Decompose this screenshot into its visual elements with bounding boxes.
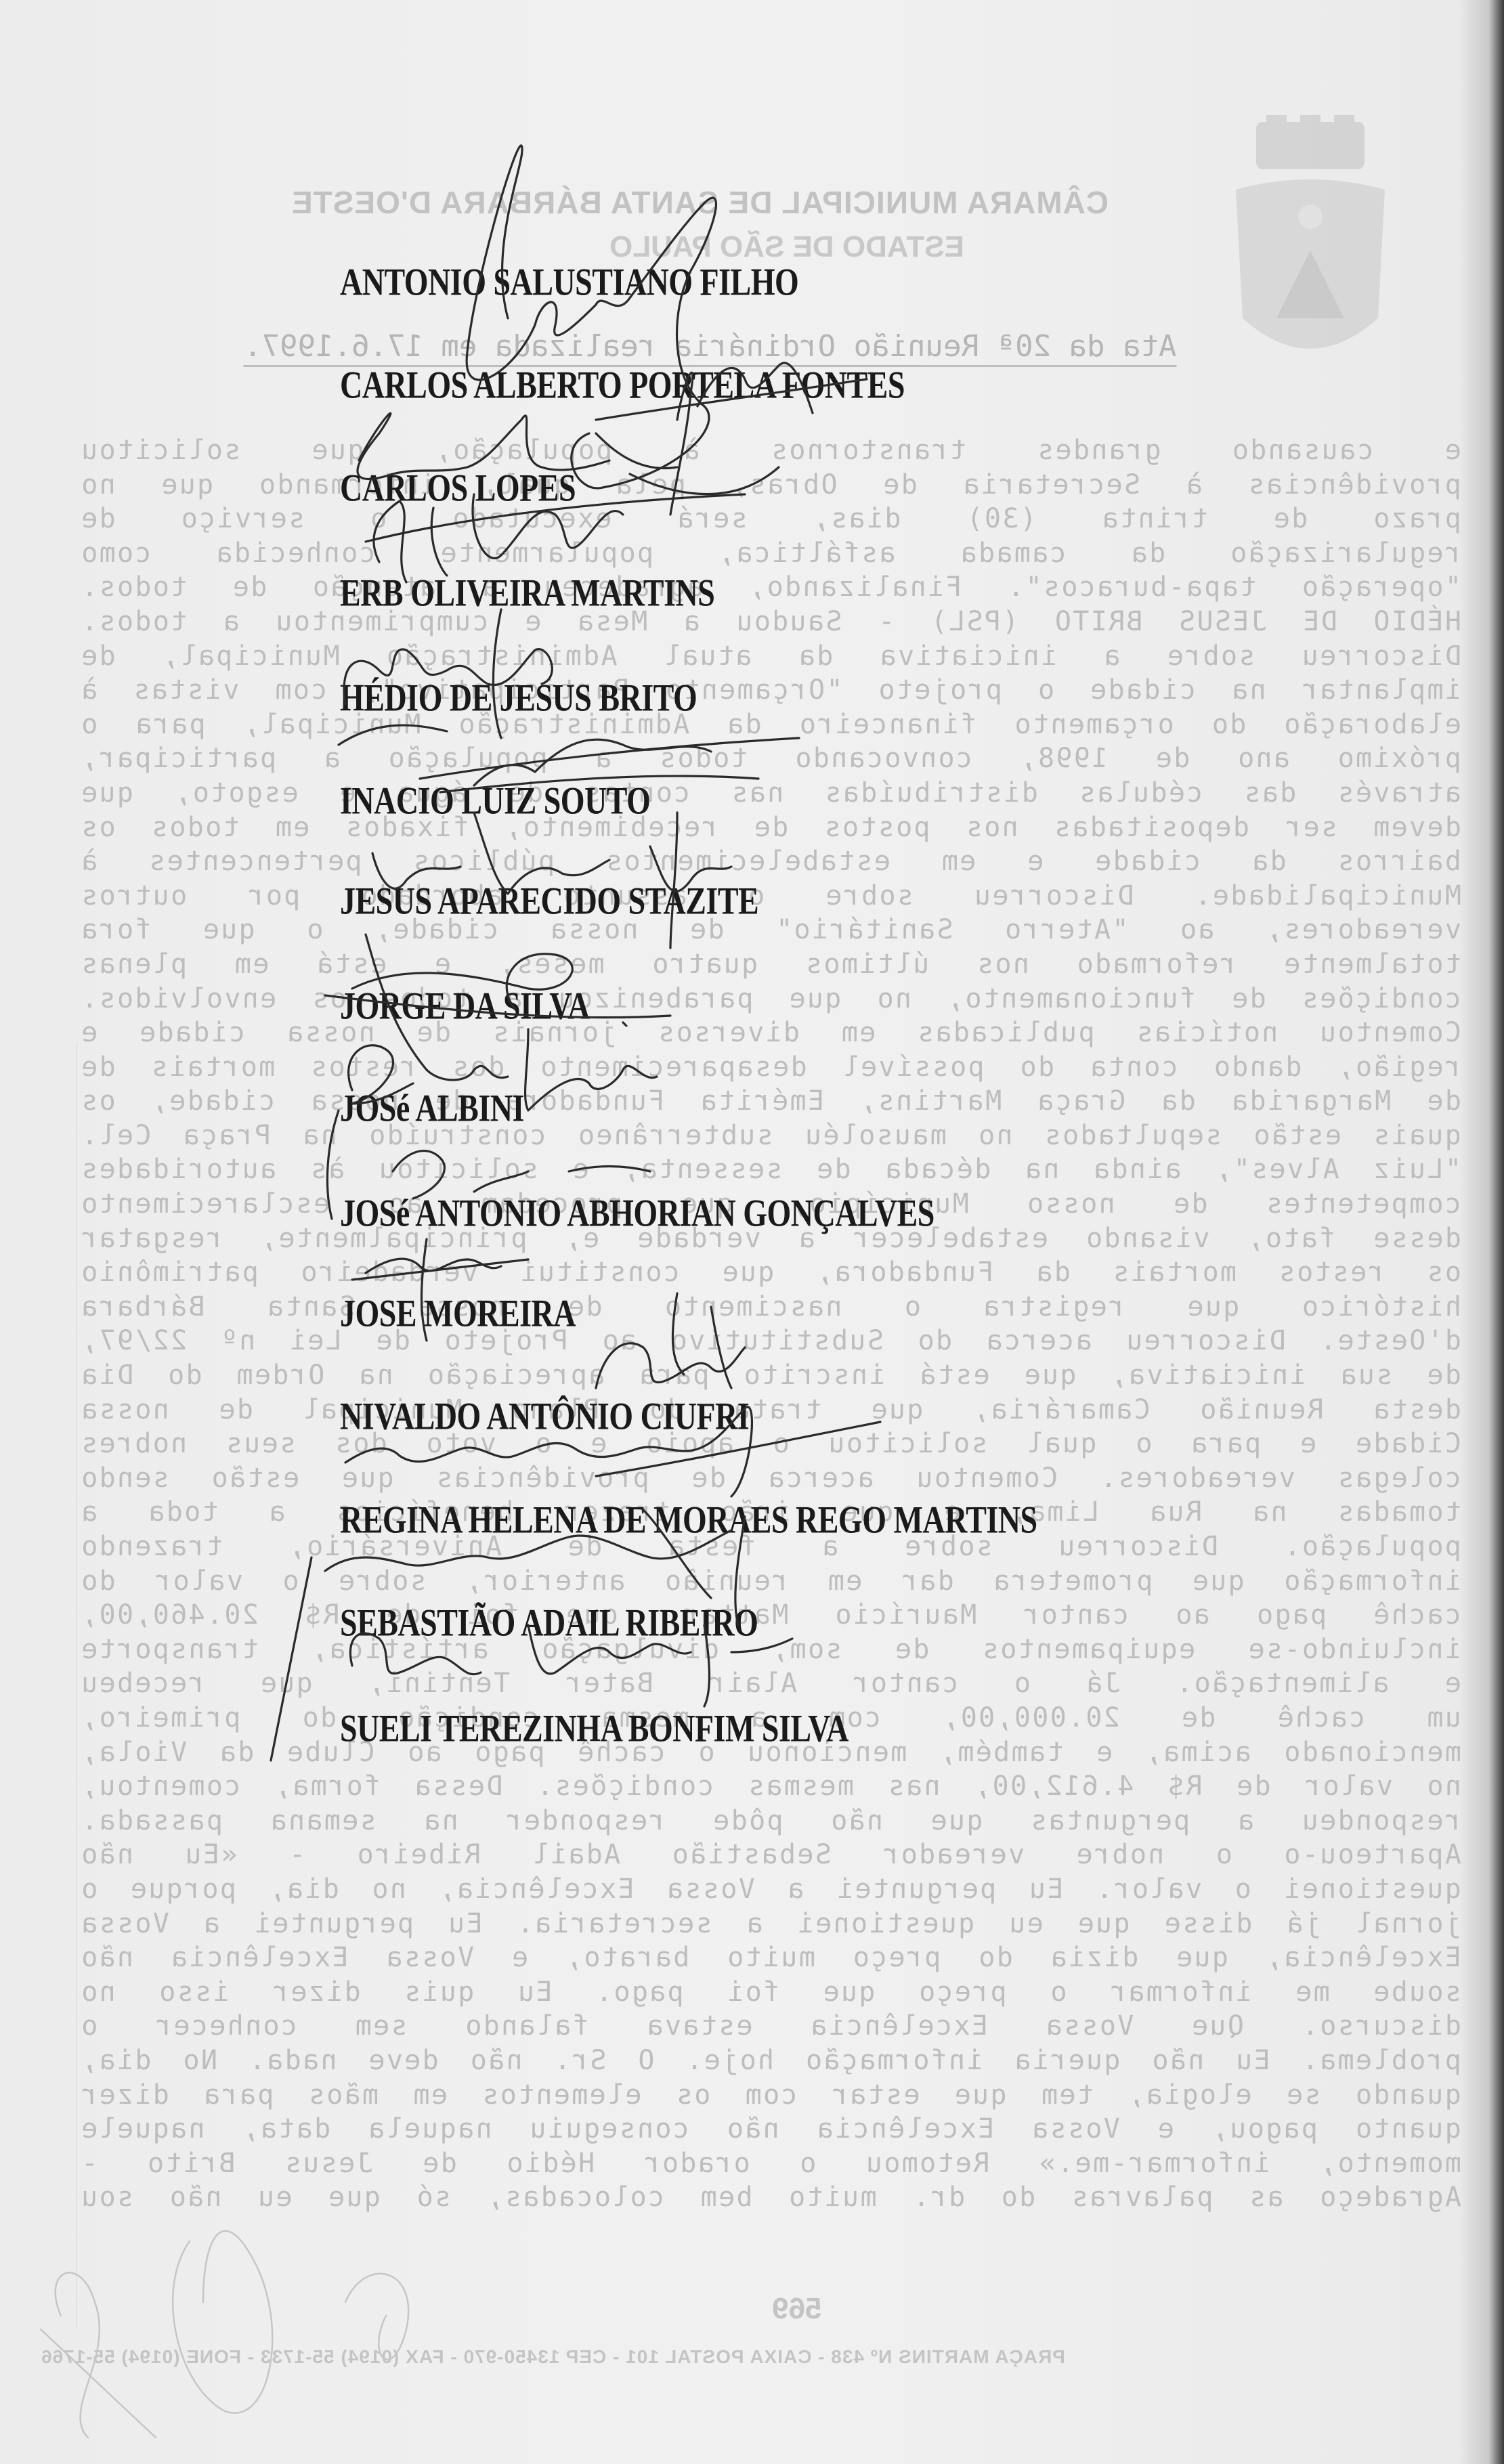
signatory-name: JORGE DA SILVA [340,983,590,1028]
scanned-page: CÂMARA MUNICIPAL DE SANTA BÁRBARA D'OEST… [0,0,1504,2464]
bleed-line: de Margarida da Graça Martins, Emérita F… [80,1084,1461,1119]
bleed-line: informação que prometera dar em reunião … [80,1564,1461,1599]
signatory-name: JOSE MOREIRA [340,1291,576,1335]
bleed-line: Comentou notícias publicadas em diversos… [80,1016,1461,1050]
bleed-line: prazo de trinta (30) dias, será executad… [80,502,1461,536]
bleed-line: jornal já disse que eu questionei a secr… [80,1907,1461,1941]
bleed-line: soube me informar o preço que foi pago. … [80,1975,1461,2010]
bleed-line: devem ser depositadas nos postos de rece… [80,810,1461,845]
bleed-line: respondeu a perguntas que não pôde respo… [80,1804,1461,1838]
bleed-line: regularização da camada asfáltica, popul… [80,536,1461,571]
bleed-line: e alimentação. Já o cantor Alair Bater T… [80,1666,1461,1701]
bleed-line: quando se elogia, tem que estar com os e… [80,2078,1461,2113]
bleed-line: "Luiz Alves", ainda na década de sessent… [80,1152,1461,1187]
page-fold-line [77,1043,77,2329]
bleed-line: Municipalidade. Discorreu sobre o assunt… [80,879,1461,913]
bleed-line: quais estão sepultados no mausoléu subte… [80,1119,1461,1153]
signatory-name: SUELI TEREZINHA BONFIM SILVA [340,1706,848,1750]
bleed-line: colegas vereadores. Comentou acerca de p… [80,1461,1461,1496]
signatory-name: INACIO LUIZ SOUTO [340,778,650,823]
bleed-line: implantar na cidade o projeto "Orçamento… [80,673,1461,708]
signatory-name: JOSé ANTONIO ABHORIAN GONÇALVES [340,1190,934,1235]
signatory-name: ANTONIO SALUSTIANO FILHO [340,259,798,304]
bleed-line: e causando grandes transtornos à populaç… [80,433,1461,468]
signatory-name: JOSé ALBINI [340,1085,524,1130]
bleed-line: "operação tapa-buracos". Finalizando, ag… [80,570,1461,605]
signatory-name: HÉDIO DE JESUS BRITO [340,675,697,720]
bleed-minutes-title: Ata da 20ª Reunião Ordinária realizada e… [244,329,1177,367]
signatory-name: NIVALDO ANTÔNIO CIUFRI [340,1393,749,1438]
bleed-line: Discorreu sobre a iniciativa da atual Ad… [80,639,1461,674]
bleed-line: questionei o valor. Eu perguntei a Vossa… [80,1872,1461,1907]
bleed-line: através das cédulas distribuídas nas con… [80,776,1461,810]
signatory-name: SEBASTIÃO ADAIL RIBEIRO [340,1600,758,1645]
bleed-line: no valor de R$ 4.612,00, nas mesmas cond… [80,1769,1461,1804]
bleed-header-chamber: CÂMARA MUNICIPAL DE SANTA BÁRBARA D'OEST… [291,184,1109,221]
bleed-line: quanto pagou, e Vossa Excelência não con… [80,2112,1461,2146]
bleed-line: região, dando conta do possível desapare… [80,1050,1461,1085]
signatory-name: CARLOS ALBERTO PORTELA FONTES [340,362,905,407]
bleed-line: próximo ano de 1998, convocando todos a … [80,741,1461,776]
bleed-line: os restos mortais da Fundadora, que cons… [80,1255,1461,1290]
bleed-minutes-body: e causando grandes transtornos à populaç… [80,433,1461,2215]
bleed-line: momento, informar-me.» Retomou o orador … [80,2146,1461,2181]
bleed-line: Cidade e para o qual solicitou o apoio e… [80,1427,1461,1461]
signatory-name: ERB OLIVEIRA MARTINS [340,570,714,615]
municipal-crest-icon [1209,115,1412,386]
signatory-name: JESUS APARECIDO STAZITE [340,878,758,923]
signatory-name: REGINA HELENA DE MORAES REGO MARTINS [340,1497,1037,1542]
bleed-line: totalmente reformado nos últimos quatro … [80,947,1461,982]
bleed-line: de sua iniciativa, que está inscrito par… [80,1358,1461,1393]
bleed-line: condições de funcionamento, no que parab… [80,982,1461,1016]
bleed-line: bairros da cidade e em estabelecimentos … [80,844,1461,879]
bleed-line: HÉDIO DE JESUS BRITO (PSL) - Saudou a Me… [80,605,1461,639]
bleed-line: Agradeço as palavras do dr. muito bem co… [80,2180,1461,2215]
bleed-line: d'Oeste. Discorreu acerca do Substitutiv… [80,1324,1461,1358]
bleed-line: cachê pago ao cantor Maurício Mattar, qu… [80,1598,1461,1633]
bleed-line: Aparteou-o o nobre vereador Sebastião Ad… [80,1838,1461,1872]
bleed-line: incluindo-se equipamentos de som, divulg… [80,1633,1461,1667]
bleed-line: histórico que registra o nascimento de n… [80,1290,1461,1324]
bleed-line: discurso. Que Vossa Excelência estava fa… [80,2009,1461,2044]
bleed-line: elaboração do orçamento financeiro da Ad… [80,708,1461,742]
bleed-line: vereadores, ao "Aterro Sanitário" de nos… [80,913,1461,947]
bleed-page-number: 569 [772,2292,821,2326]
bleed-line: desta Reunião Camarária, que trata do Pl… [80,1393,1461,1427]
bleed-signature-scribble [41,2231,408,2438]
bleed-line: providências à Secretaria de Obras, pela… [80,468,1461,502]
bleed-line: problema. Eu não queria informação hoje.… [80,2044,1461,2078]
bleed-footer-address: PRAÇA MARTINS Nº 438 - CAIXA POSTAL 101 … [41,2346,1065,2368]
bleed-line: Excelência, que dizia do preço muito bar… [80,1941,1461,1975]
signatory-name: CARLOS LOPES [340,465,576,510]
